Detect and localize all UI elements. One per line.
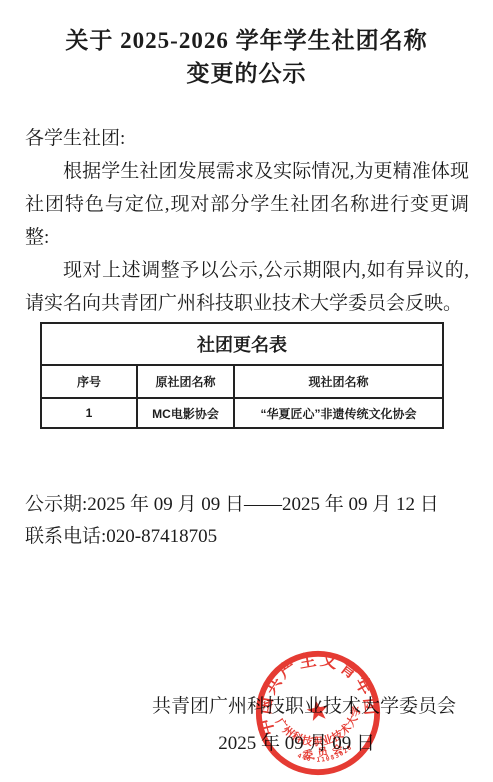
title-line-2: 变更的公示 [0,57,493,90]
cell-index: 1 [41,398,137,428]
title-line-1: 关于 2025-2026 学年学生社团名称 [0,24,493,57]
salutation: 各学生社团: [25,122,469,155]
column-header-old-name: 原社团名称 [137,365,234,398]
table-title-row: 社团更名表 [41,323,443,365]
svg-text:中国共产主义青年团: 中国共产主义青年团 [244,639,383,738]
signature-committee: 共青团广州科技职业技术大学委员会 [0,691,493,718]
contact-phone: 联系电话:020-87418705 [25,521,217,548]
page-title: 关于 2025-2026 学年学生社团名称 变更的公示 [0,24,493,90]
paragraph-2: 现对上述调整予以公示,公示期限内,如有异议的,请实名向共青团广州科技职业技术大学… [25,254,469,320]
cell-old-name: MC电影协会 [137,398,234,428]
club-rename-table: 社团更名表 序号 原社团名称 现社团名称 1 MC电影协会 “华夏匠心”非遗传统… [40,322,444,429]
paragraph-1: 根据学生社团发展需求及实际情况,为更精准体现社团特色与定位,现对部分学生社团名称… [25,155,469,254]
publicity-period: 公示期:2025 年 09 月 09 日——2025 年 09 月 12 日 [25,489,439,516]
signature-date: 2025 年 09 月 09 日 [0,728,493,755]
column-header-index: 序号 [41,365,137,398]
table-title: 社团更名表 [41,323,443,365]
table-row: 1 MC电影协会 “华夏匠心”非遗传统文化协会 [41,398,443,428]
table-header-row: 序号 原社团名称 现社团名称 [41,365,443,398]
cell-new-name: “华夏匠心”非遗传统文化协会 [234,398,443,428]
document-body: 各学生社团: 根据学生社团发展需求及实际情况,为更精准体现社团特色与定位,现对部… [25,122,469,320]
stamp-outer-text: 中国共产主义青年团 [244,639,383,738]
announcement-document: 关于 2025-2026 学年学生社团名称 变更的公示 各学生社团: 根据学生社… [0,0,493,782]
column-header-new-name: 现社团名称 [234,365,443,398]
